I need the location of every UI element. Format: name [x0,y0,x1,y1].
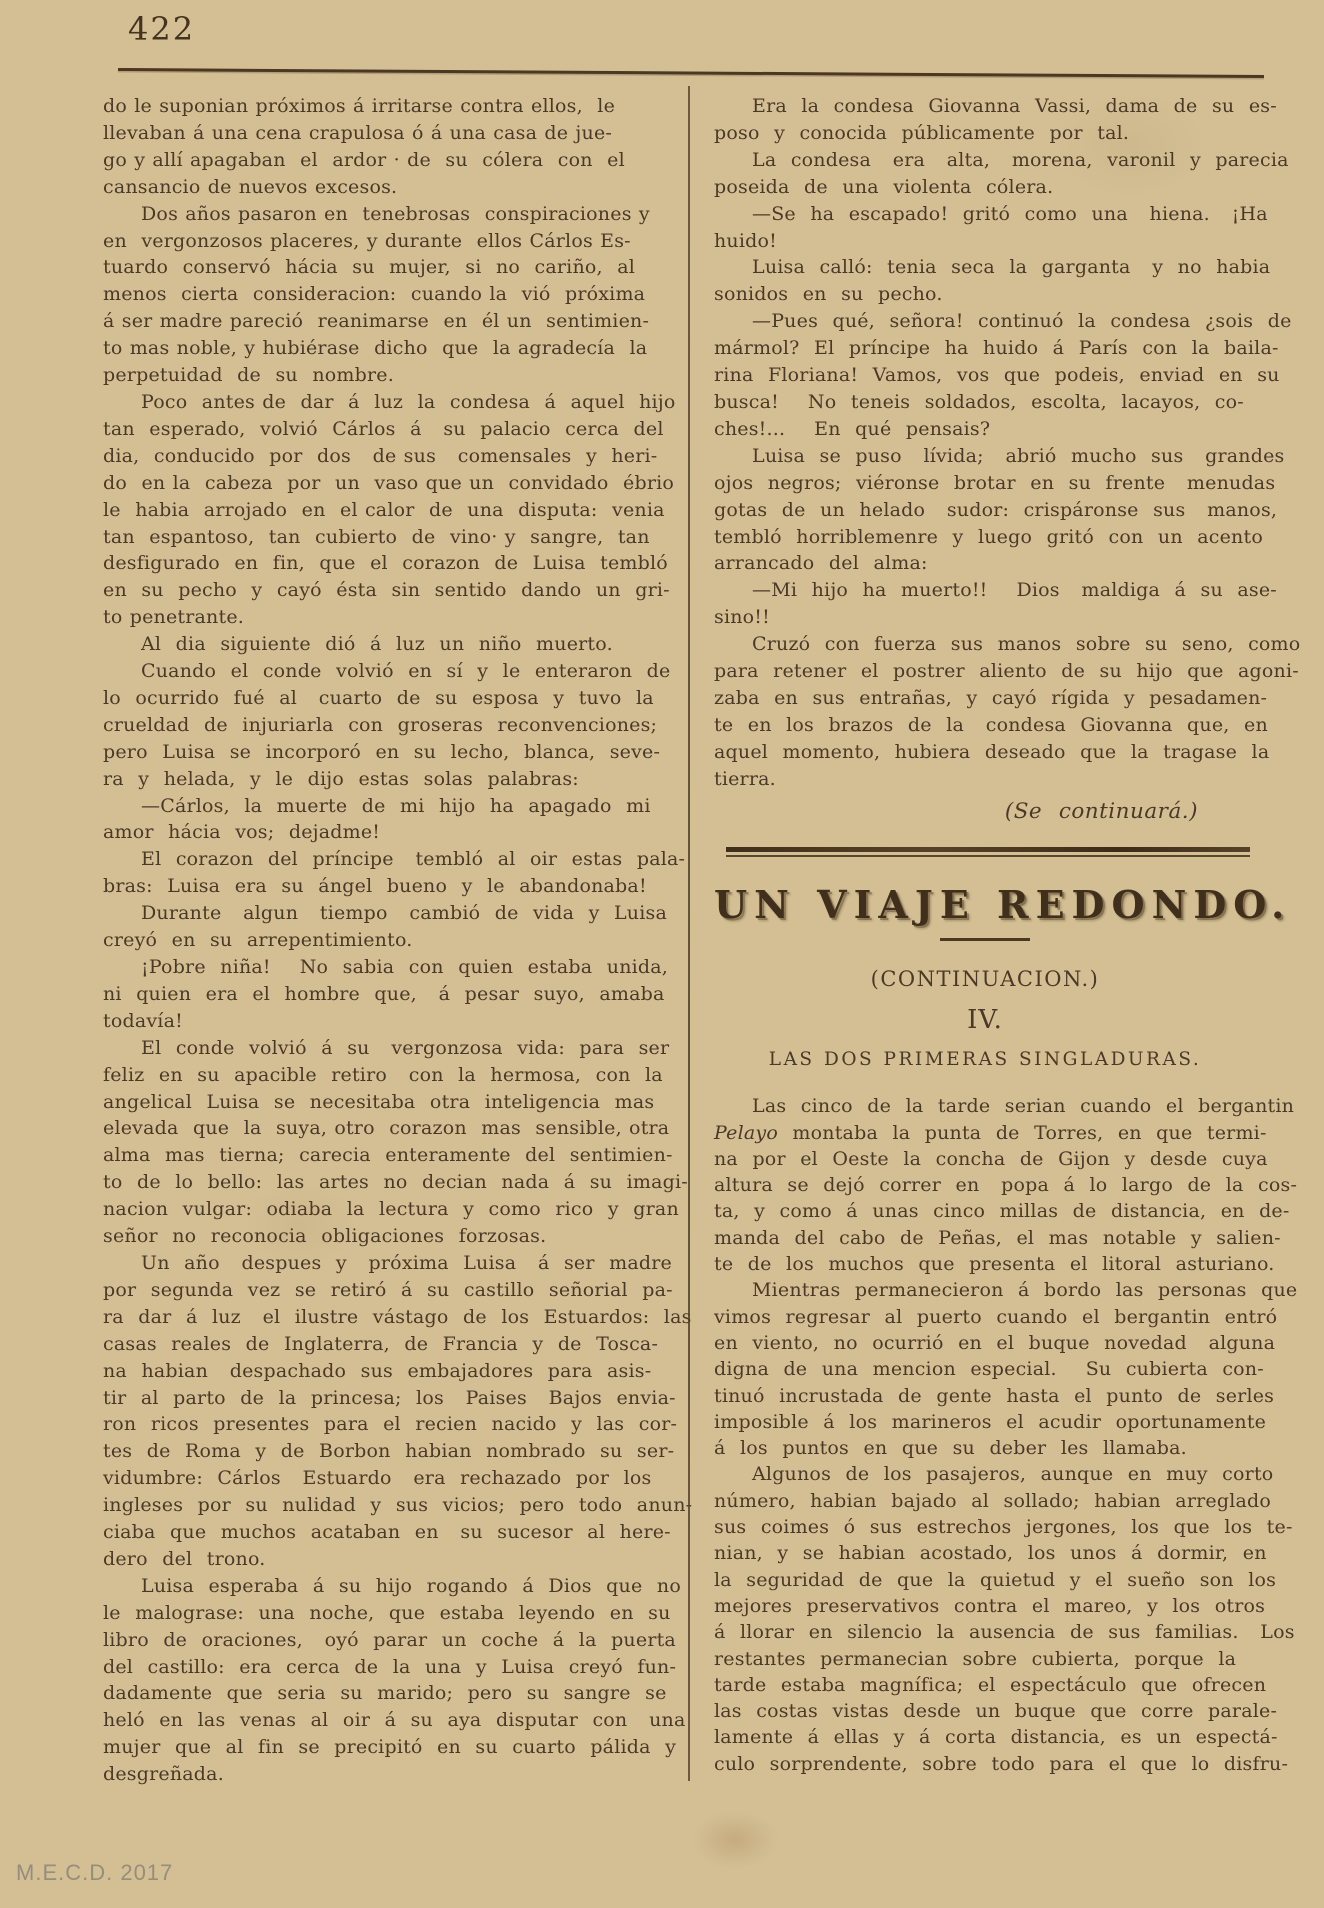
divider-thick-line [726,847,1250,852]
paragraph: Al dia siguiente dió á luz un niño muert… [103,631,659,658]
paragraph: Dos años pasaron en tenebrosas conspirac… [103,201,659,389]
to-be-continued-note: (Se continuará.) [714,799,1198,826]
right-column: Era la condesa Giovanna Vassi, dama de s… [714,93,1256,1777]
paragraph: do le suponian próximos á irritarse cont… [103,93,659,201]
column-divider-rule [688,86,690,1781]
paragraph: Cuando el conde volvió en sí y le entera… [103,658,659,793]
paragraph: Luisa se puso lívida; abrió mucho sus gr… [714,443,1256,578]
header-rule [118,68,1264,78]
paragraph: Poco antes de dar á luz la condesa á aqu… [103,389,659,631]
chapter-number: IV. [714,1007,1256,1034]
paragraph: Algunos de los pasajeros, aunque en muy … [714,1461,1256,1777]
archive-watermark: M.E.C.D. 2017 [16,1860,173,1886]
paragraph: El corazon del príncipe tembló al oir es… [103,846,659,900]
paragraph: Era la condesa Giovanna Vassi, dama de s… [714,93,1256,147]
article-title: UN VIAJE REDONDO. [714,883,1256,927]
paragraph: —Mi hijo ha muerto!! Dios maldiga á su a… [714,577,1256,631]
paragraph: Luisa calló: tenia seca la garganta y no… [714,254,1256,308]
paragraph: —Cárlos, la muerte de mi hijo ha apagado… [103,793,659,847]
left-column: do le suponian próximos á irritarse cont… [103,93,659,1788]
paragraph: Mientras permanecieron á bordo las perso… [714,1277,1256,1461]
newspaper-page: 422 do le suponian próximos á irritarse … [0,0,1324,1908]
paragraph: —Se ha escapado! gritó como una hiena. ¡… [714,201,1256,255]
paragraph: Cruzó con fuerza sus manos sobre su seno… [714,631,1256,792]
chapter-title: LAS DOS PRIMERAS SINGLADURAS. [714,1047,1256,1074]
paragraph: La condesa era alta, morena, varonil y p… [714,147,1256,201]
page-number: 422 [128,10,195,48]
paragraph: —Pues qué, señora! continuó la condesa ¿… [714,308,1256,443]
title-rule [940,938,1030,941]
paragraph: Luisa esperaba á su hijo rogando á Dios … [103,1573,659,1788]
paragraph: Durante algun tiempo cambió de vida y Lu… [103,900,659,954]
article-divider-rule [726,847,1250,856]
divider-thin-line [726,855,1250,857]
paragraph: El conde volvió á su vergonzosa vida: pa… [103,1035,659,1250]
paragraph: Las cinco de la tarde serian cuando el b… [714,1093,1256,1277]
paragraph: ¡Pobre niña! No sabia con quien estaba u… [103,954,659,1035]
continuation-label: (CONTINUACION.) [714,966,1256,993]
paper-stain [690,1810,780,1870]
paragraph: Un año despues y próxima Luisa á ser mad… [103,1250,659,1573]
